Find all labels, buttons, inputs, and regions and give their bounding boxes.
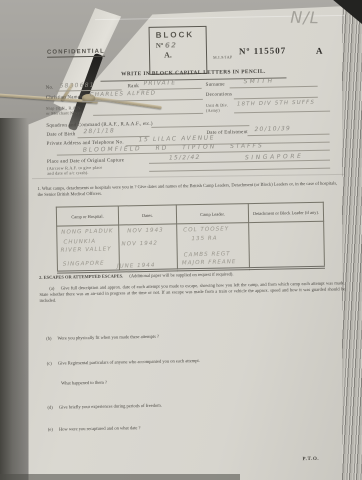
- camp-table: Camp or Hospital. Dates. Camp Leader. De…: [56, 202, 325, 274]
- field-label-ship-2: or Merchant Navy): [46, 110, 82, 116]
- mi9-label: M.I.9/JAP: [213, 54, 232, 59]
- pencil-annotation: N/L: [290, 8, 320, 27]
- block-stamp-letter: A.: [164, 50, 206, 60]
- item-e-label: (e): [48, 427, 53, 432]
- field-value-unit: 18TH DIV 5TH SUFFS: [237, 100, 315, 108]
- block-no-label: Nº: [156, 42, 164, 50]
- camp-table-header-leader: Camp Leader.: [176, 204, 248, 224]
- camp-entry: SINGAPORE: [63, 261, 105, 268]
- item-b-text: Were you physically fit when you made th…: [57, 334, 159, 341]
- question-1: 1. What camps, detachments or hospitals …: [37, 180, 343, 197]
- camp-entry: CHUNKIA: [63, 239, 96, 246]
- section2-title: 2. ESCAPES OR ATTEMPTED ESCAPES.: [39, 273, 123, 280]
- item-d-text: Give briefly your experiences during per…: [59, 403, 162, 410]
- document-content: CONFIDENTIAL BLOCK Nº 62 A. M.I.9/JAP Nº…: [0, 0, 362, 480]
- block-no-value: 62: [165, 41, 177, 49]
- field-label-surname: Surname: [206, 83, 225, 88]
- leader-entry: CAMBS REGT: [184, 251, 231, 258]
- pto-label: P.T.O.: [302, 457, 319, 462]
- field-label-christian-names: Christian Names: [46, 95, 83, 101]
- section2-note: (Additional paper will be supplied on re…: [129, 271, 233, 278]
- field-value-christian-names: CHARLES ALFRED: [90, 91, 157, 99]
- block-stamp-title: BLOCK: [156, 30, 206, 40]
- field-value-dob: 28/1/18: [83, 127, 115, 135]
- field-value-capture-place: SINGAPORE: [245, 153, 304, 161]
- item-c: (c) Give Regimental particulars of anyon…: [47, 358, 200, 367]
- item-b: (b) Were you physically fit when you mad…: [46, 334, 159, 342]
- date-entry: NOV 1943: [127, 228, 164, 235]
- field-label-rank: Rank: [128, 84, 139, 89]
- field-label-capture-sub2: and date of a/c crash).: [47, 170, 89, 176]
- field-value-enlistment: 20/10/39: [254, 125, 291, 133]
- confidential-stamp: CONFIDENTIAL: [47, 49, 105, 58]
- form-instruction: WRITE IN BLOCK CAPITAL LETTERS IN PENCIL…: [97, 68, 289, 78]
- item-a: (a) Give full description and approx. da…: [39, 280, 345, 303]
- date-entry: NOV 1942: [121, 241, 158, 248]
- item-d: (d) Give briefly your experiences during…: [47, 403, 161, 411]
- camp-entry: NONG PLADUK: [61, 228, 113, 235]
- camp-table-header-camp: Camp or Hospital.: [56, 206, 118, 226]
- field-value-address-1: 15 LILAC AVENUE: [139, 134, 216, 143]
- dates-column: NOV 1943 NOV 1942 JUNE 1944: [119, 224, 178, 271]
- camp-table-header-dates: Dates.: [118, 205, 176, 225]
- photograph-of-document: { "stamps": { "confidential": "CONFIDENT…: [0, 0, 362, 480]
- item-e: (e) How were you recaptured and on what …: [48, 425, 141, 432]
- item-e-text: How were you recaptured and on what date…: [59, 425, 141, 431]
- field-label-capture: Place and Date of Original Capture: [47, 158, 124, 164]
- leader-column: COL TOOSEY 135 RA CAMBS REGT MAJOR FREAN…: [177, 223, 250, 270]
- camp-table-body-row: NONG PLADUK CHUNKIA RIVER VALLEY SINGAPO…: [57, 221, 325, 272]
- block-number-stamp: BLOCK Nº 62 A.: [149, 26, 208, 75]
- field-label-dob: Date of Birth: [46, 132, 75, 138]
- date-entry: JUNE 1944: [117, 263, 156, 270]
- field-value-rank: PRIVATE: [143, 79, 176, 87]
- leader-entry: COL TOOSEY: [183, 226, 229, 233]
- item-c2: What happened to them ?: [61, 380, 107, 387]
- leader-entry: 135 RA: [191, 236, 217, 243]
- detachment-column: [249, 221, 325, 268]
- item-a-label: (a): [49, 286, 54, 291]
- field-value-capture-date: 15/2/42: [169, 154, 201, 162]
- leader-entry: MAJOR FREANE: [182, 259, 237, 266]
- field-label-decorations: Decorations: [206, 92, 232, 97]
- item-d-label: (d): [47, 405, 52, 410]
- item-c-text: Give Regimental particulars of anyone wh…: [58, 358, 200, 366]
- camp-entry: RIVER VALLEY: [61, 246, 112, 253]
- item-a-text: Give full description and approx. date o…: [39, 280, 345, 302]
- item-b-label: (b): [46, 336, 51, 341]
- serial-letter: A: [316, 46, 323, 56]
- camp-table-header-detachment: Detachment or Block Leader (if any).: [248, 202, 323, 222]
- serial-number: Nº 115507: [239, 45, 286, 56]
- camp-column: NONG PLADUK CHUNKIA RIVER VALLEY SINGAPO…: [57, 225, 120, 272]
- field-value-surname: SMITH: [243, 77, 274, 85]
- field-label-no: No.: [46, 86, 54, 91]
- item-c-label: (c): [47, 361, 52, 366]
- field-label-unit-2: (Army): [206, 108, 220, 113]
- field-value-no: 5830681: [60, 82, 95, 90]
